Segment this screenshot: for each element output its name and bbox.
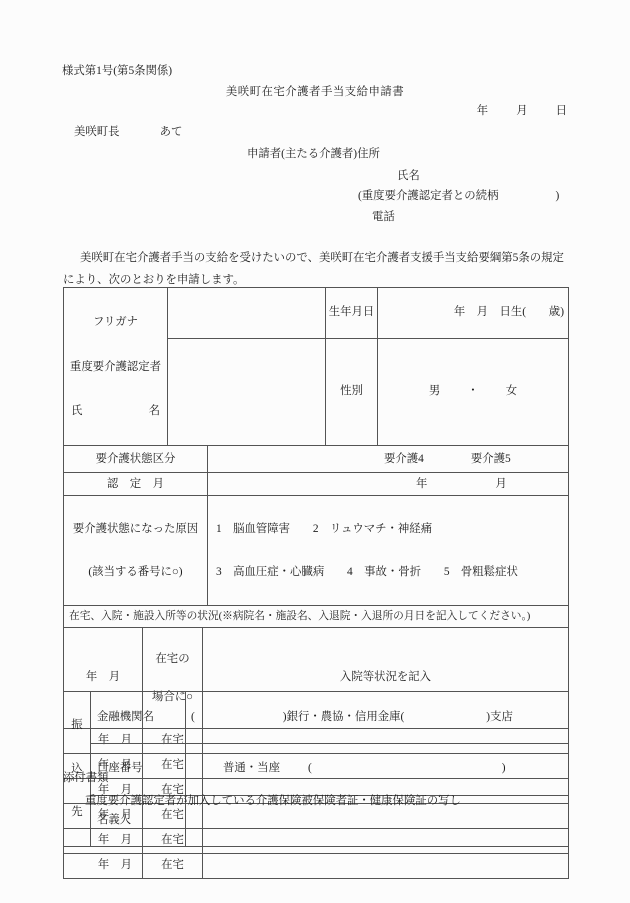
addressee-suffix: あて (160, 127, 183, 138)
attachments-heading: 添付書類 (63, 773, 109, 784)
bank-transfer-table: 振 込 先 金融機関名 ()銀行・農協・信用金庫()支店 口座番号 普通・当座(… (63, 691, 569, 847)
gender-value: 男・女 (378, 338, 569, 446)
applicant-address-label: 申請者(主たる介護者)住所 (247, 149, 380, 160)
addressee-line: 美咲町長あて (74, 127, 182, 138)
certified-person-table: フリガナ 重度要介護認定者 氏名 生年月日 年 月 日生( 歳) 性別 男・女 (63, 287, 569, 446)
care-level-4: 要介護4 (384, 453, 424, 465)
relation-label: (重度要介護認定者との続柄 (358, 190, 498, 202)
date-day-label: 日 (556, 106, 567, 117)
application-form-page: 様式第1号(第5条関係) 美咲町在宅介護者手当支給申請書 年月日 美咲町長あて … (0, 0, 630, 903)
birth-label: 生年月日 (326, 288, 378, 339)
birth-value: 年 月 日生( 歳) (378, 288, 569, 339)
name-entry-cell (168, 338, 326, 446)
certified-person-label: 重度要介護認定者 (64, 356, 167, 378)
bank-branch-suffix: )支店 (486, 712, 513, 723)
form-number: 様式第1号(第5条関係) (62, 66, 172, 77)
bank-type-options: )銀行・農協・信用金庫( (283, 712, 405, 723)
cert-month-label: 認 定 月 (64, 473, 208, 496)
gender-label: 性別 (326, 338, 378, 446)
care-level-label: 要介護状態区分 (64, 446, 208, 473)
cause-options-cell: 1 脳血管障害 2 リュウマチ・神経痛 3 高血圧症・心臓病 4 事故・骨折 5… (208, 496, 569, 605)
date-line: 年月日 (477, 106, 567, 117)
status-note: 在宅、入院・施設入所等の状況(※病院名・施設名、入退院・入退所の月日を記入してく… (64, 605, 569, 627)
applicant-name-label: 氏名 (397, 171, 420, 182)
gender-female: 女 (506, 386, 517, 397)
certified-person-label-cell: フリガナ 重度要介護認定者 氏名 (64, 288, 168, 446)
schedule-month-cell: 年 月 (64, 854, 143, 879)
care-level-5: 要介護5 (471, 454, 511, 465)
relation-line: (重度要介護認定者との続柄) (358, 191, 559, 202)
date-month-label: 月 (516, 106, 527, 117)
bank-institution-value: ()銀行・農協・信用金庫()支店 (186, 692, 569, 744)
relation-close-paren: ) (555, 191, 559, 202)
name-char-right: 名 (149, 400, 160, 422)
name-char-left: 氏 (71, 400, 82, 422)
addressee-name: 美咲町長 (74, 126, 120, 138)
form-title: 美咲町在宅介護者手当支給申請書 (63, 87, 567, 98)
cert-month-char: 月 (495, 479, 506, 490)
gender-separator-dot: ・ (467, 386, 478, 397)
cause-options-line2: 3 高血圧症・心臓病 4 事故・骨折 5 骨粗鬆症状 (216, 562, 568, 582)
bank-institution-label: 金融機関名 (91, 692, 186, 744)
cert-year-char: 年 (416, 478, 427, 490)
name-label: 氏名 (64, 400, 167, 422)
account-paren-open: ( (308, 763, 312, 774)
schedule-header-home-line1: 在宅の (143, 651, 202, 667)
cause-label-cell: 要介護状態になった原因 (該当する番号に○) (64, 496, 208, 605)
gender-male: 男 (429, 386, 440, 397)
phone-label: 電話 (372, 212, 395, 223)
furigana-label: フリガナ (64, 311, 167, 333)
care-level-table: 要介護状態区分 要介護4要介護5 認 定 月 年月 要介護状態になった原因 (該… (63, 445, 569, 605)
care-level-values: 要介護4要介護5 (208, 446, 569, 473)
application-statement: 美咲町在宅介護者手当の支給を受けたいので、美咲町在宅介護者支援手当支給要綱第5条… (63, 247, 571, 291)
schedule-home-cell: 在宅 (143, 854, 203, 879)
account-type-options: 普通・当座 (223, 763, 280, 774)
bank-paren-open: ( (191, 712, 195, 723)
attachments-item: 重度要介護認定者が加入している介護保険被保険者証・健康保険証の写し (85, 796, 461, 807)
cause-options-line1: 1 脳血管障害 2 リュウマチ・神経痛 (216, 519, 568, 539)
schedule-detail-cell (203, 854, 569, 879)
account-number-label: 口座番号 (91, 743, 186, 795)
schedule-row: 年 月 在宅 (64, 854, 569, 879)
bank-group-label: 振 込 先 (64, 692, 91, 847)
furigana-entry-cell (168, 288, 326, 339)
cause-label-line1: 要介護状態になった原因 (64, 519, 207, 539)
account-number-value: 普通・当座() (186, 743, 569, 795)
date-year-label: 年 (477, 105, 488, 117)
bank-group-char-1: 振 (64, 715, 90, 736)
statement-line-1: 美咲町在宅介護者手当の支給を受けたいので、美咲町在宅介護者支援手当支給要綱第5条… (63, 247, 571, 269)
cert-month-values: 年月 (208, 473, 569, 496)
account-paren-close: ) (502, 763, 506, 774)
cause-label-line2: (該当する番号に○) (64, 562, 207, 582)
